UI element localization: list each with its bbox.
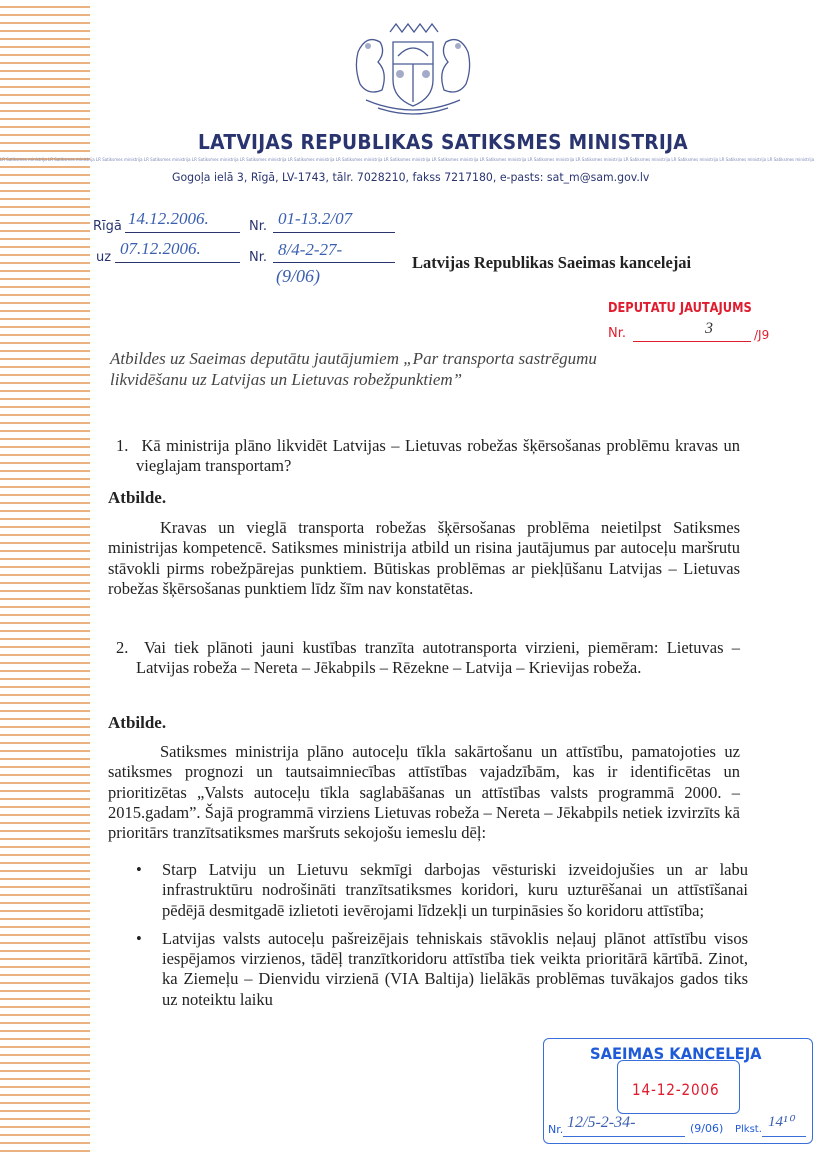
receipt-stamp-time-label: Plkst. (735, 1124, 762, 1135)
answer-2-text: Satiksmes ministrija plāno autoceļu tīkl… (108, 742, 740, 843)
nr-label: Nr. (249, 219, 267, 234)
uz-nr-label: Nr. (249, 250, 267, 265)
receipt-stamp-date: 14-12-2006 (632, 1080, 720, 1099)
question-text: Kā ministrija plāno likvidēt Latvijas – … (136, 436, 740, 475)
decorative-margin-stripes (0, 0, 90, 1152)
inquiry-stamp-title: DEPUTĀTU JAUTĀJUMS (608, 301, 752, 316)
recipient: Latvijas Republikas Saeimas kancelejai (412, 253, 691, 273)
answer-2-bullets: Starp Latviju un Lietuvu sekmīgi darboja… (108, 860, 748, 1010)
date-underline (125, 232, 240, 233)
ministry-address: Gogoļa ielā 3, Rīgā, LV-1743, tālr. 7028… (172, 170, 649, 184)
receipt-stamp-code: (9/06) (690, 1122, 723, 1135)
uz-nr-underline (273, 262, 395, 263)
answer-label: Atbilde. (108, 713, 166, 732)
inquiry-stamp-suffix: /J9 (754, 328, 769, 342)
uz-label: uz (96, 250, 111, 265)
question-number: 2. (116, 638, 136, 658)
receipt-stamp-nr-label: Nr. (548, 1123, 563, 1136)
letter-number: 01-13.2/07 (278, 209, 352, 229)
inquiry-stamp-nr-label: Nr. (608, 326, 626, 341)
question-text: Vai tiek plānoti jauni kustības tranzīta… (136, 638, 740, 677)
receipt-stamp-time-value: 14¹⁰ (768, 1112, 794, 1131)
answer-1-text: Kravas un vieglā transporta robežas šķēr… (108, 518, 740, 599)
uz-date: 07.12.2006. (120, 239, 201, 259)
bullet-item: Latvijas valsts autoceļu pašreizējais te… (162, 929, 748, 1010)
uz-number-suffix: (9/06) (276, 266, 320, 287)
uz-number: 8/4-2-27- (278, 240, 342, 260)
latvia-coat-of-arms-icon (338, 12, 488, 120)
question-1: 1. Kā ministrija plāno likvidēt Latvijas… (108, 436, 740, 477)
answer-label: Atbilde. (108, 488, 166, 507)
nr-underline (273, 232, 395, 233)
answer-2-label: Atbilde. (108, 713, 740, 733)
letter-date: 14.12.2006. (128, 209, 209, 229)
receipt-stamp-nr-value: 12/5-2-34- (567, 1114, 635, 1132)
subject-line: Atbildes uz Saeimas deputātu jautājumiem… (110, 348, 670, 390)
answer-1-label: Atbilde. (108, 488, 740, 508)
receipt-stamp-title: SAEIMAS KANCELEJA (590, 1044, 762, 1063)
receipt-stamp-nr-underline (563, 1136, 685, 1137)
place-label: Rīgā (93, 219, 122, 234)
inquiry-stamp-underline (633, 341, 751, 342)
ministry-title: LATVIJAS REPUBLIKAS SATIKSMES MINISTRIJA (198, 130, 688, 154)
inquiry-stamp-number: 3 (705, 320, 713, 338)
question-2: 2. Vai tiek plānoti jauni kustības tranz… (108, 638, 740, 679)
receipt-stamp-time-underline (762, 1136, 806, 1137)
microtext-line: LR Satiksmes ministrija LR Satiksmes min… (0, 157, 815, 162)
bullet-item: Starp Latviju un Lietuvu sekmīgi darboja… (162, 860, 748, 921)
uz-date-underline (115, 262, 240, 263)
question-number: 1. (116, 436, 136, 456)
